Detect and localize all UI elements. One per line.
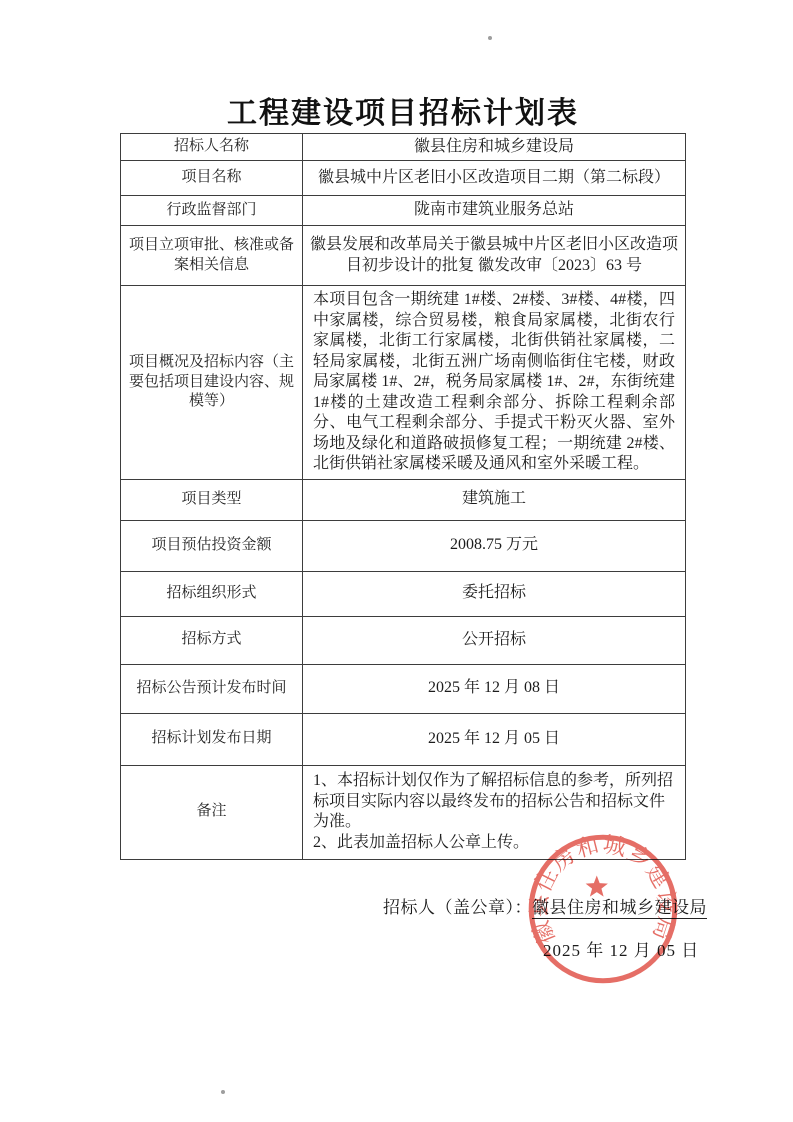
table-row: 项目类型 建筑施工 [121, 479, 686, 520]
table-row: 项目立项审批、核准或备案相关信息 徽县发展和改革局关于徽县城中片区老旧小区改造项… [121, 226, 686, 286]
label-cell: 项目预估投资金额 [121, 520, 303, 571]
signer-label: 招标人（盖公章）： [383, 898, 532, 917]
value-cell: 徽县城中片区老旧小区改造项目二期（第二标段） [303, 161, 686, 196]
scan-artifact-dot [221, 1090, 225, 1094]
value-cell: 委托招标 [303, 571, 686, 616]
table-row: 招标组织形式 委托招标 [121, 571, 686, 616]
table-row: 项目概况及招标内容（主要包括项目建设内容、规模等） 本项目包含一期统建 1#楼、… [121, 286, 686, 480]
signer-name: 徽县住房和城乡建设局 [532, 898, 707, 919]
label-cell: 项目名称 [121, 161, 303, 196]
label-cell: 招标计划发布日期 [121, 713, 303, 765]
scan-artifact-dot [488, 36, 492, 40]
table-row: 招标方式 公开招标 [121, 616, 686, 664]
table-row: 行政监督部门 陇南市建筑业服务总站 [121, 196, 686, 226]
value-cell: 1、本招标计划仅作为了解招标信息的参考，所列招标项目实际内容以最终发布的招标公告… [303, 765, 686, 859]
value-cell: 2025 年 12 月 05 日 [303, 713, 686, 765]
value-cell: 2008.75 万元 [303, 520, 686, 571]
value-cell: 本项目包含一期统建 1#楼、2#楼、3#楼、4#楼，四中家属楼，综合贸易楼，粮食… [303, 286, 686, 480]
table-row: 项目预估投资金额 2008.75 万元 [121, 520, 686, 571]
label-cell: 行政监督部门 [121, 196, 303, 226]
value-cell: 建筑施工 [303, 479, 686, 520]
table-row: 招标公告预计发布时间 2025 年 12 月 08 日 [121, 664, 686, 713]
table-row: 招标人名称 徽县住房和城乡建设局 [121, 134, 686, 161]
value-cell: 徽县住房和城乡建设局 [303, 134, 686, 161]
label-cell: 项目概况及招标内容（主要包括项目建设内容、规模等） [121, 286, 303, 480]
label-cell: 招标方式 [121, 616, 303, 664]
value-cell: 2025 年 12 月 08 日 [303, 664, 686, 713]
table-row: 招标计划发布日期 2025 年 12 月 05 日 [121, 713, 686, 765]
label-cell: 招标人名称 [121, 134, 303, 161]
label-cell: 招标公告预计发布时间 [121, 664, 303, 713]
page-title: 工程建设项目招标计划表 [120, 88, 686, 132]
value-cell: 公开招标 [303, 616, 686, 664]
label-cell: 备注 [121, 765, 303, 859]
sign-date: 2025 年 12 月 05 日 [543, 936, 699, 961]
value-cell: 徽县发展和改革局关于徽县城中片区老旧小区改造项目初步设计的批复 徽发改审〔202… [303, 226, 686, 286]
remark-line: 1、本招标计划仅作为了解招标信息的参考，所列招标项目实际内容以最终发布的招标公告… [313, 771, 675, 833]
table-row: 备注 1、本招标计划仅作为了解招标信息的参考，所列招标项目实际内容以最终发布的招… [121, 765, 686, 859]
signer-line: 招标人（盖公章）：徽县住房和城乡建设局 [383, 893, 707, 918]
bidding-plan-table: 招标人名称 徽县住房和城乡建设局 项目名称 徽县城中片区老旧小区改造项目二期（第… [120, 133, 686, 860]
remark-line: 2、此表加盖招标人公章上传。 [313, 833, 675, 854]
table-row: 项目名称 徽县城中片区老旧小区改造项目二期（第二标段） [121, 161, 686, 196]
label-cell: 招标组织形式 [121, 571, 303, 616]
label-cell: 项目立项审批、核准或备案相关信息 [121, 226, 303, 286]
value-cell: 陇南市建筑业服务总站 [303, 196, 686, 226]
label-cell: 项目类型 [121, 479, 303, 520]
